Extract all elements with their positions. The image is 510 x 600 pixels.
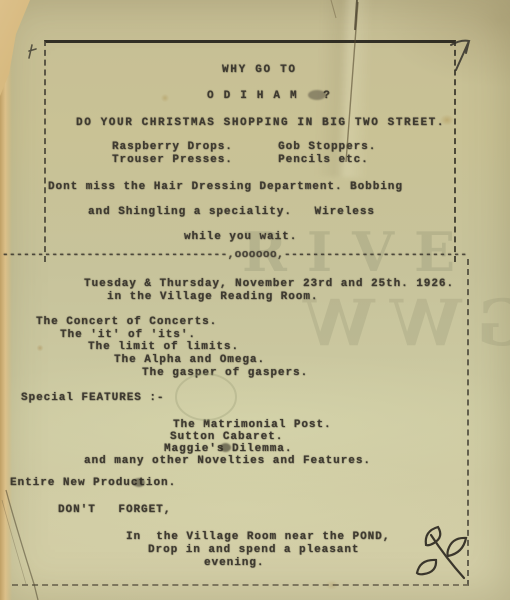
typewritten-line: Drop in and spend a pleasant [148,544,359,558]
typewritten-line: DO YOUR CHRISTMAS SHOPPING IN BIG TWO ST… [76,117,445,131]
typewritten-line: evening. [204,557,264,571]
typewritten-line: DON'T FORGET, [58,504,171,518]
typewritten-line: Special FEATURES :- [21,392,164,406]
typewritten-line: while you wait. [184,231,297,245]
typewritten-line: and many other Novelties and Features. [84,455,371,469]
typewritten-line: WHY GO TO [222,64,297,78]
ink-blot [133,478,145,487]
typewritten-lines: WHY GO TOO D I H A M ?DO YOUR CHRISTMAS … [0,0,510,600]
typewritten-line: Dont miss the Hair Dressing Department. … [48,181,403,195]
ink-blot [308,90,326,100]
typewritten-line: In the Village Room near the POND, [126,531,390,545]
typewritten-line: The Concert of Concerts. [36,316,217,330]
typewritten-line: Trouser Presses. Pencils etc. [112,154,369,168]
typewritten-line: and Shingling a speciality. Wireless [88,206,375,220]
typewritten-line: The limit of limits. [88,341,239,355]
typewritten-line: in the Village Reading Room. [107,291,318,305]
scanned-flyer-page: RIVE RGWW ------------------------------… [0,0,510,600]
ink-blot [220,443,231,452]
typewritten-line: Entire New Production. [10,477,176,491]
typewritten-line: Raspberry Drops. Gob Stoppers. [112,141,376,155]
typewritten-line: The gasper of gaspers. [142,367,308,381]
typewritten-line: The Alpha and Omega. [114,354,265,368]
typewritten-line: Tuesday & Thursday, November 23rd and 25… [84,278,454,292]
